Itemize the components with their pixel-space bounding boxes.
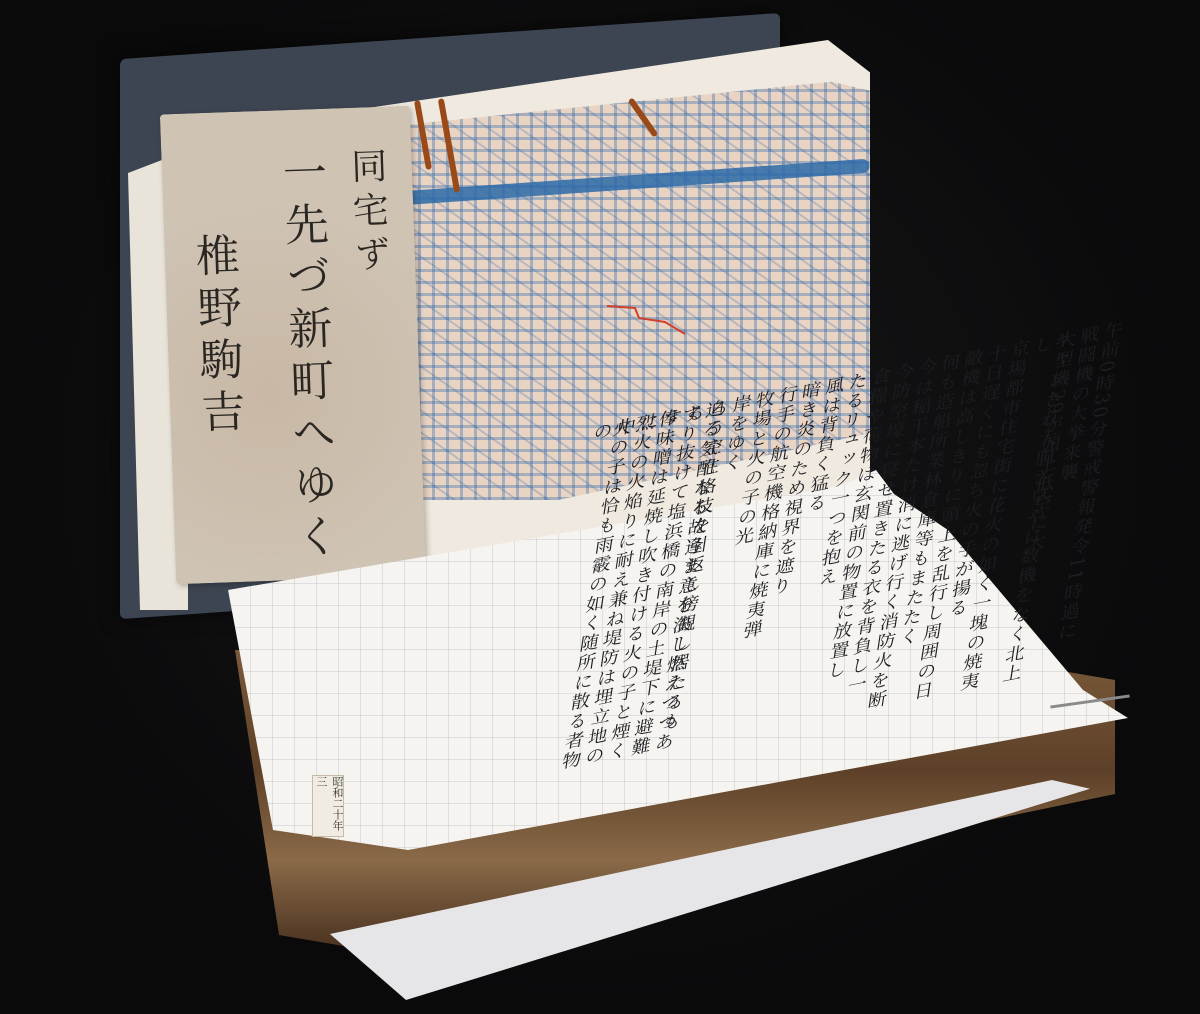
tab-label: 昭和二十年三 <box>313 776 345 836</box>
card-text-col-1: 同宅ず <box>340 146 396 280</box>
page-index-tab: 昭和二十年三 <box>312 775 344 837</box>
card-text-col-3: 椎野駒吉 <box>180 232 251 442</box>
red-route-line <box>605 300 705 340</box>
